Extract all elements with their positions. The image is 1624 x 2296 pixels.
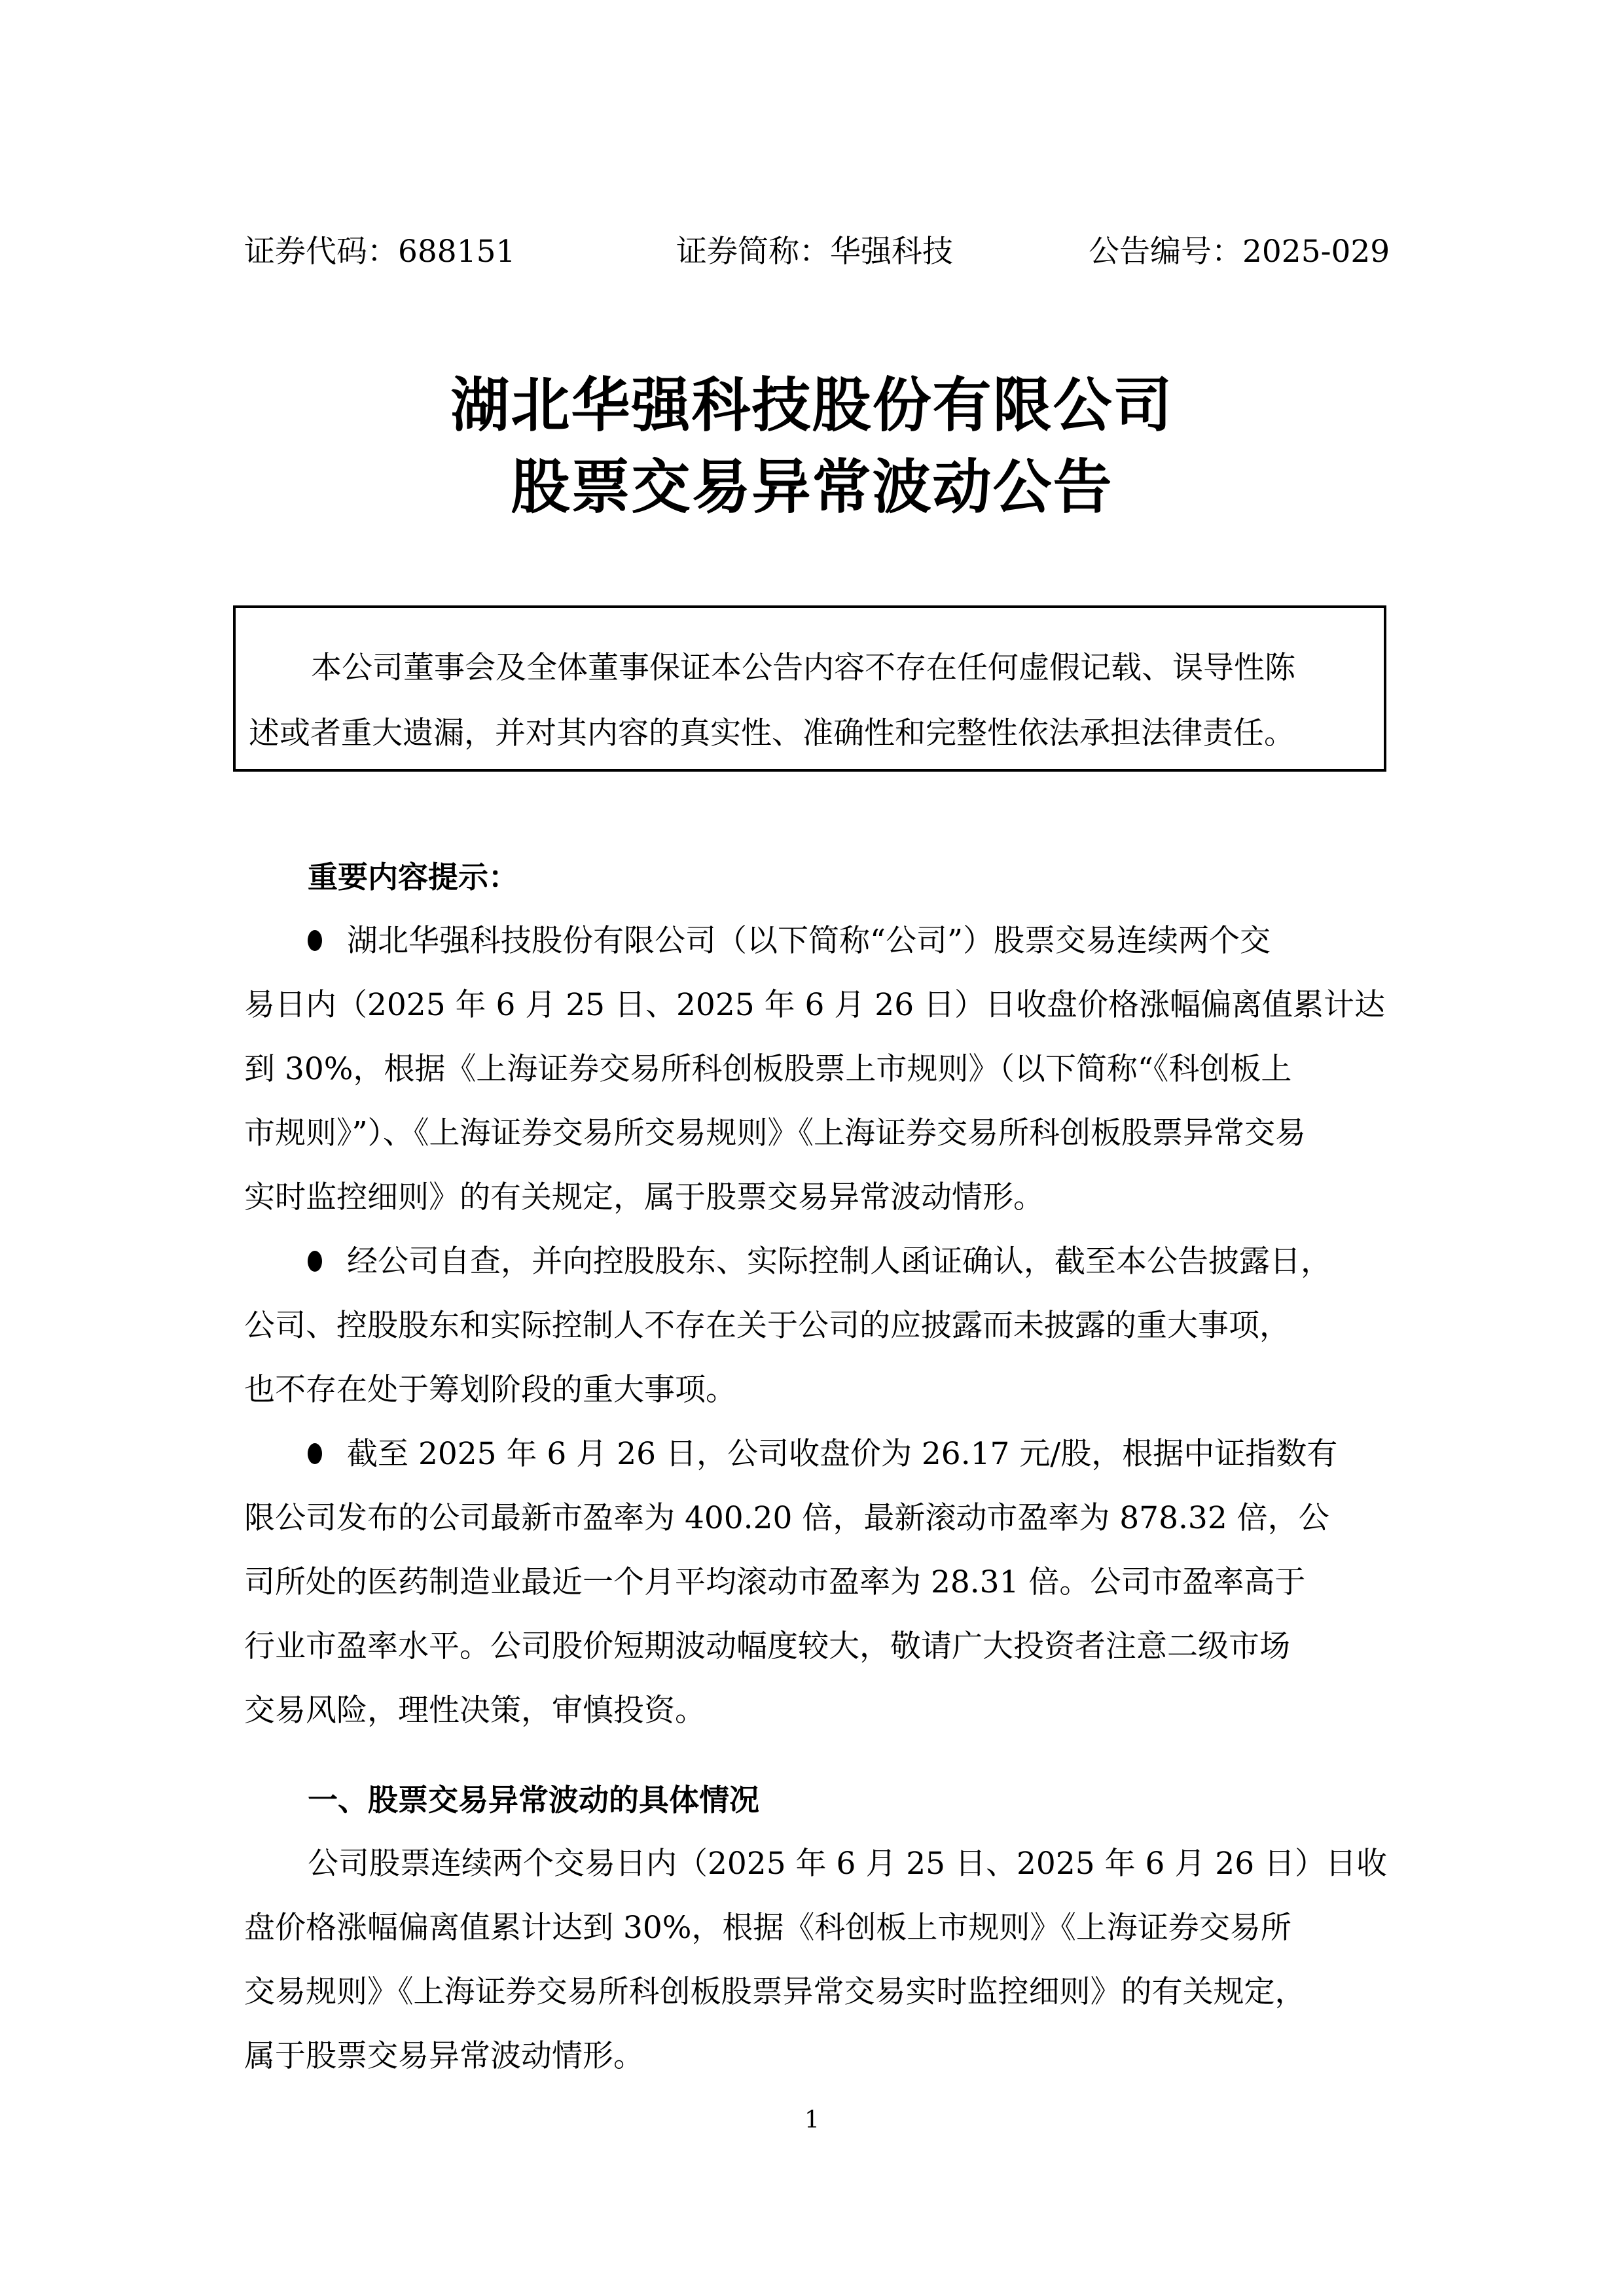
highlight-bullet-1-line-2: 易日内（2025 年 6 月 25 日、2025 年 6 月 26 日）日收盘价… <box>244 986 1385 1025</box>
highlight-bullet-1-line-4: 市规则》”）、《上海证券交易所交易规则》《上海证券交易所科创板股票异常交易 <box>244 1114 1306 1153</box>
section-1-line-1: 公司股票连续两个交易日内（2025 年 6 月 25 日、2025 年 6 月 … <box>308 1844 1387 1884</box>
highlight-bullet-3-line-5: 交易风险，理性决策，审慎投资。 <box>244 1691 706 1731</box>
section-1-line-4: 属于股票交易异常波动情形。 <box>244 2037 644 2076</box>
bullet-icon <box>308 1443 322 1464</box>
document-header: 证券代码：688151 证券简称：华强科技 公告编号：2025-029 <box>244 229 1383 275</box>
highlight-bullet-3-line-1: 截至 2025 年 6 月 26 日，公司收盘价为 26.17 元/股，根据中证… <box>308 1435 1337 1474</box>
stock-code: 证券代码：688151 <box>244 229 515 275</box>
highlight-bullet-3-line-2: 限公司发布的公司最新市盈率为 400.20 倍，最新滚动市盈率为 878.32 … <box>244 1499 1329 1538</box>
section-1-line-3: 交易规则》《上海证券交易所科创板股票异常交易实时监控细则》的有关规定， <box>244 1973 1306 2012</box>
highlight-bullet-2-line-3: 也不存在处于筹划阶段的重大事项。 <box>244 1371 736 1410</box>
board-guarantee-notice-box: 本公司董事会及全体董事保证本公告内容不存在任何虚假记载、误导性陈 述或者重大遗漏… <box>233 605 1386 772</box>
announcement-number: 公告编号：2025-029 <box>1089 229 1390 275</box>
bullet-icon <box>308 1251 322 1272</box>
notice-line-2: 述或者重大遗漏，并对其内容的真实性、准确性和完整性依法承担法律责任。 <box>249 714 1295 753</box>
announcement-title: 股票交易异常波动公告 <box>0 452 1624 524</box>
notice-line-1: 本公司董事会及全体董事保证本公告内容不存在任何虚假记载、误导性陈 <box>311 649 1295 688</box>
highlight-bullet-1-line-3: 到 30%，根据《上海证券交易所科创板股票上市规则》（以下简称“《科创板上 <box>244 1050 1291 1089</box>
highlights-heading: 重要内容提示： <box>308 857 518 897</box>
section-1-heading: 一、股票交易异常波动的具体情况 <box>308 1780 759 1820</box>
highlight-bullet-2-line-2: 公司、控股股东和实际控制人不存在关于公司的应披露而未披露的重大事项， <box>244 1306 1290 1346</box>
highlight-bullet-3-line-3: 司所处的医药制造业最近一个月平均滚动市盈率为 28.31 倍。公司市盈率高于 <box>244 1563 1305 1602</box>
page-number: 1 <box>0 2104 1624 2137</box>
section-1-line-2: 盘价格涨幅偏离值累计达到 30%，根据《科创板上市规则》《上海证券交易所 <box>244 1909 1291 1948</box>
company-title: 湖北华强科技股份有限公司 <box>0 370 1624 442</box>
document-page: 证券代码：688151 证券简称：华强科技 公告编号：2025-029 湖北华强… <box>0 0 1624 2296</box>
stock-short-name: 证券简称：华强科技 <box>676 229 953 275</box>
bullet-icon <box>308 930 322 951</box>
highlight-bullet-3-line-4: 行业市盈率水平。公司股价短期波动幅度较大，敬请广大投资者注意二级市场 <box>244 1627 1290 1666</box>
highlight-bullet-2-line-1: 经公司自查，并向控股股东、实际控制人函证确认，截至本公告披露日， <box>308 1242 1331 1282</box>
highlight-bullet-1-line-5: 实时监控细则》的有关规定，属于股票交易异常波动情形。 <box>244 1178 1044 1217</box>
highlight-bullet-1-line-1: 湖北华强科技股份有限公司（以下简称“公司”）股票交易连续两个交 <box>308 922 1271 961</box>
